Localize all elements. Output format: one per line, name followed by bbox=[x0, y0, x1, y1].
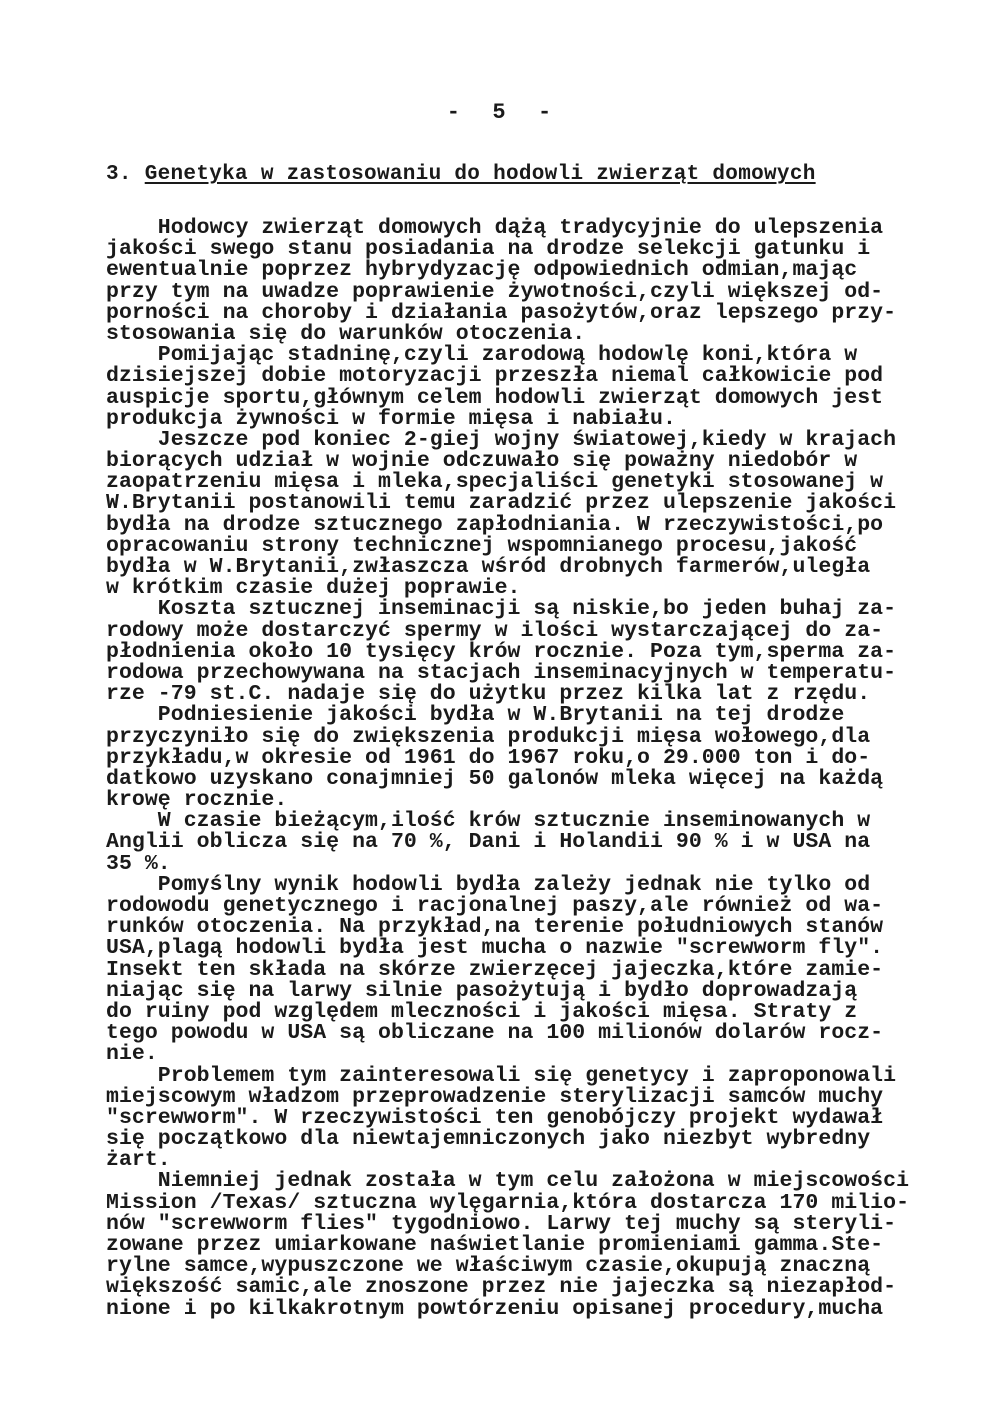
text-line: do ruiny pod względem mleczności i jakoś… bbox=[106, 1002, 906, 1023]
text-line: W.Brytanii postanowili temu zaradzić prz… bbox=[106, 493, 906, 514]
text-line: płodnienia około 10 tysięcy krów rocznie… bbox=[106, 642, 906, 663]
section-title: Genetyka w zastosowaniu do hodowli zwier… bbox=[145, 163, 816, 186]
text-line: bydła w W.Brytanii,zwłaszcza wśród drobn… bbox=[106, 557, 906, 578]
page-number: - 5 - bbox=[0, 100, 1000, 125]
text-line: stosowania się do warunków otoczenia. bbox=[106, 324, 906, 345]
text-line: przyczyniło się do zwiększenia produkcji… bbox=[106, 727, 906, 748]
text-line: runków otoczenia. Na przykład,na terenie… bbox=[106, 917, 906, 938]
text-line: porności na choroby i działania pasożytó… bbox=[106, 303, 906, 324]
text-line: rodowa przechowywana na stacjach insemin… bbox=[106, 663, 906, 684]
text-line: Hodowcy zwierząt domowych dążą tradycyjn… bbox=[106, 218, 906, 239]
text-line: przykładu,w okresie od 1961 do 1967 roku… bbox=[106, 748, 906, 769]
text-line: rylne samce,wypuszczone we właściwym cza… bbox=[106, 1256, 906, 1277]
text-line: rze -79 st.C. nadaje się do użytku przez… bbox=[106, 684, 906, 705]
body-text: Hodowcy zwierząt domowych dążą tradycyjn… bbox=[106, 218, 906, 1320]
text-line: Pomijając stadninę,czyli zarodową hodowl… bbox=[106, 345, 906, 366]
text-line: Anglii oblicza się na 70 %, Dani i Holan… bbox=[106, 832, 906, 853]
text-line: Podniesienie jakości bydła w W.Brytanii … bbox=[106, 705, 906, 726]
text-line: miejscowym władzom przeprowadzenie stery… bbox=[106, 1087, 906, 1108]
text-line: Pomyślny wynik hodowli bydła zależy jedn… bbox=[106, 875, 906, 896]
text-line: nie. bbox=[106, 1044, 906, 1065]
text-line: biorących udział w wojnie odczuwało się … bbox=[106, 451, 906, 472]
section-heading: 3. Genetyka w zastosowaniu do hodowli zw… bbox=[106, 163, 816, 186]
text-line: niając się na larwy silnie pasożytują i … bbox=[106, 981, 906, 1002]
document-page: - 5 - 3. Genetyka w zastosowaniu do hodo… bbox=[0, 0, 1000, 1420]
text-line: ewentualnie poprzez hybrydyzację odpowie… bbox=[106, 260, 906, 281]
text-line: opracowaniu strony technicznej wspomnian… bbox=[106, 536, 906, 557]
text-line: tego powodu w USA są obliczane na 100 mi… bbox=[106, 1023, 906, 1044]
text-line: rodowodu genetycznego i racjonalnej pasz… bbox=[106, 896, 906, 917]
text-line: nione i po kilkakrotnym powtórzeniu opis… bbox=[106, 1299, 906, 1320]
text-line: 35 %. bbox=[106, 854, 906, 875]
text-line: krowę rocznie. bbox=[106, 790, 906, 811]
text-line: W czasie bieżącym,ilość krów sztucznie i… bbox=[106, 811, 906, 832]
text-line: rodowy może dostarczyć spermy w ilości w… bbox=[106, 621, 906, 642]
text-line: Jeszcze pod koniec 2-giej wojny światowe… bbox=[106, 430, 906, 451]
text-line: w krótkim czasie dużej poprawie. bbox=[106, 578, 906, 599]
text-line: Insekt ten składa na skórze zwierzęcej j… bbox=[106, 960, 906, 981]
text-line: produkcja żywności w formie mięsa i nabi… bbox=[106, 409, 906, 430]
text-line: się początkowo dla niewtajemniczonych ja… bbox=[106, 1129, 906, 1150]
text-line: USA,plagą hodowli bydła jest mucha o naz… bbox=[106, 938, 906, 959]
text-line: jakości swego stanu posiadania na drodze… bbox=[106, 239, 906, 260]
text-line: Niemniej jednak została w tym celu założ… bbox=[106, 1171, 906, 1192]
text-line: "screwworm". W rzeczywistości ten genobó… bbox=[106, 1108, 906, 1129]
text-line: żart. bbox=[106, 1150, 906, 1171]
text-line: dzisiejszej dobie motoryzacji przeszła n… bbox=[106, 366, 906, 387]
text-line: nów "screwworm flies" tygodniowo. Larwy … bbox=[106, 1214, 906, 1235]
text-line: przy tym na uwadze poprawienie żywotnośc… bbox=[106, 282, 906, 303]
text-line: auspicje sportu,głównym celem hodowli zw… bbox=[106, 388, 906, 409]
text-line: bydła na drodze sztucznego zapłodniania.… bbox=[106, 515, 906, 536]
section-number: 3. bbox=[106, 163, 132, 186]
text-line: datkowo uzyskano conajmniej 50 galonów m… bbox=[106, 769, 906, 790]
text-line: Mission /Texas/ sztuczna wylęgarnia,któr… bbox=[106, 1193, 906, 1214]
text-line: Koszta sztucznej inseminacji są niskie,b… bbox=[106, 599, 906, 620]
text-line: większość samic,ale znoszone przez nie j… bbox=[106, 1277, 906, 1298]
text-line: zowane przez umiarkowane naświetlanie pr… bbox=[106, 1235, 906, 1256]
text-line: zaopatrzeniu mięsa i mleka,specjaliści g… bbox=[106, 472, 906, 493]
text-line: Problemem tym zainteresowali się genetyc… bbox=[106, 1066, 906, 1087]
